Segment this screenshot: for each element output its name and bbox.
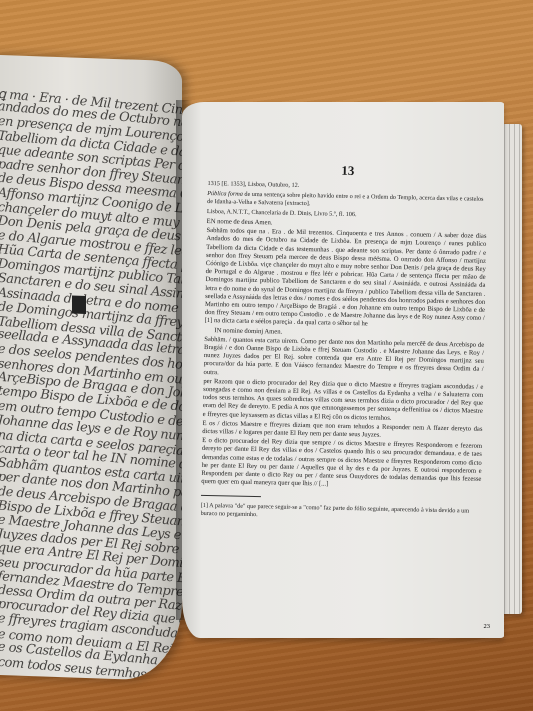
transcription-body: EN nome de deus Amen. Sabhãm todos que n… (201, 218, 487, 492)
page-number: 23 (484, 623, 491, 630)
paragraph-3: per Razom que o dicto procurador del Rey… (203, 378, 484, 425)
summary-rest: de uma sentença sobre pleito havido entr… (207, 191, 484, 207)
left-page-manuscript: ꝗ ma · Era · de Mil trezent Cinquoentaan… (0, 55, 182, 682)
footnote: [1] A palavra "de" que parece seguir-se … (201, 502, 481, 524)
summary-prefix: Pública forma (207, 190, 243, 198)
footnote-divider (201, 494, 261, 496)
paragraph-1: Sabhãm todos que na . Era . de Mil treze… (205, 227, 487, 331)
paragraph-5: E o dicto procurador del Rey dizia que s… (201, 437, 482, 492)
illuminated-initial (72, 296, 86, 314)
right-page-content: 13 1315 [E. 1353], Lisboa, Outubro, 12. … (200, 160, 488, 530)
paragraph-2: Sabhãm. / quantos esta carta uirem. Como… (203, 336, 484, 383)
